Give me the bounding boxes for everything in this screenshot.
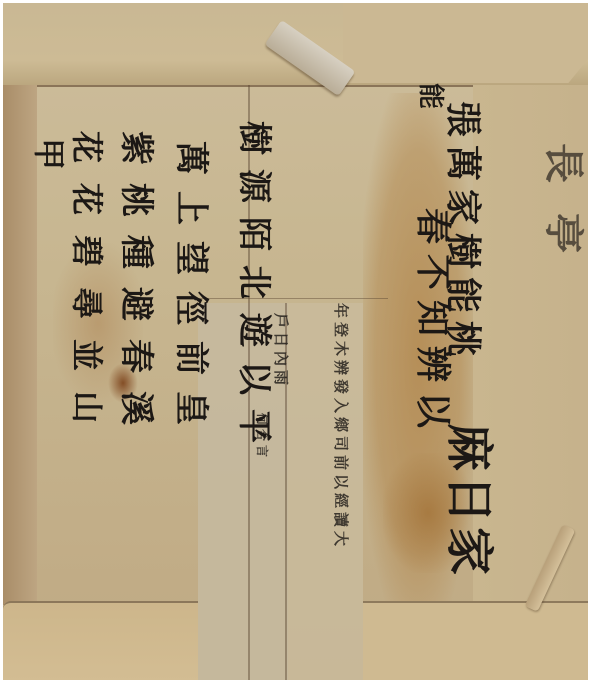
bottom-right-paper-repair	[363, 601, 588, 680]
text-column-6: 紫桃種避春溪	[119, 131, 153, 443]
middle-paper-repair-2	[288, 303, 363, 680]
bottom-left-paper-repair	[3, 601, 198, 680]
text-column-2: 春不知辨以	[415, 208, 451, 438]
text-column-8: 甲	[33, 138, 65, 170]
text-column-4: 樹源陌北遊以平	[237, 121, 271, 457]
top-fragment-characters: 能	[417, 83, 443, 119]
faint-margin-characters: 長亭	[543, 143, 583, 283]
small-script-annotation-2: 戶日內雨	[273, 313, 288, 389]
text-column-3: 麻日家	[445, 423, 493, 579]
small-script-annotation-3: 何合言	[256, 413, 268, 461]
manuscript-image: 張萬家樹能桃 春不知辨以 麻日家 樹源陌北遊以平 萬上望徑前皇 紫桃種避春溪 花…	[3, 3, 588, 680]
horizontal-crease	[198, 298, 388, 299]
text-column-7: 花花碧尋並山	[71, 131, 103, 443]
small-script-annotation-1: 年登木辨發入鄉司前以經讀大	[333, 303, 348, 550]
text-column-5: 萬上望徑前皇	[174, 141, 208, 441]
top-right-paper-repair	[343, 3, 588, 83]
